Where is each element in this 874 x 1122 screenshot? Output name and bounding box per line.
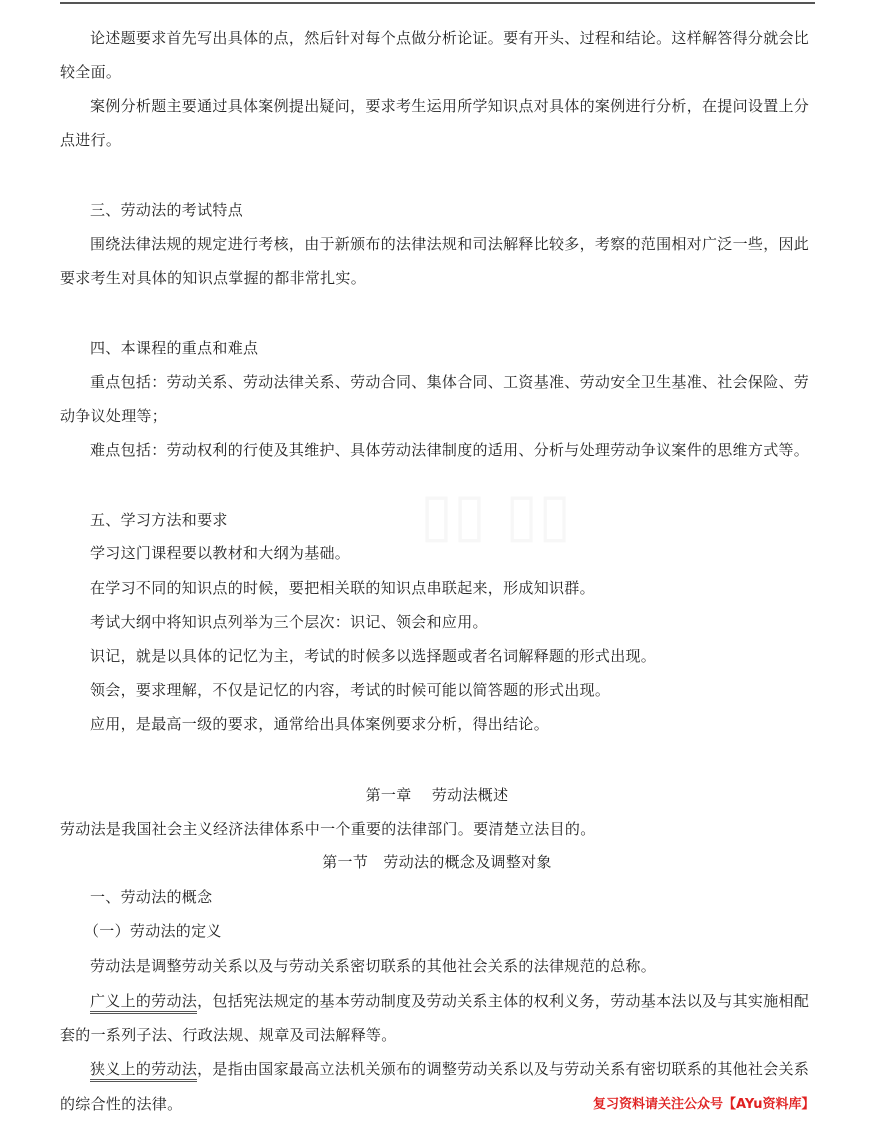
paragraph: 学习这门课程要以教材和大纲为基础。 <box>90 543 850 563</box>
paragraph: 动争议处理等； <box>60 406 820 426</box>
paragraph: 识记，就是以具体的记忆为主，考试的时候多以选择题或者名词解释题的形式出现。 <box>90 646 850 666</box>
narrow-term-underlined: 狭义上的劳动法 <box>90 1060 197 1082</box>
footer-promo-note: 复习资料请关注公众号【AYu资料库】 <box>593 1093 815 1112</box>
section-heading: 五、学习方法和要求 <box>90 510 850 530</box>
paragraph: 领会，要求理解，不仅是记忆的内容，考试的时候可能以简答题的形式出现。 <box>90 680 850 700</box>
paragraph: 较全面。 <box>60 62 820 82</box>
paragraph: 围绕法律法规的规定进行考核，由于新颁布的法律法规和司法解释比较多，考察的范围相对… <box>90 234 850 254</box>
broad-term-underlined: 广义上的劳动法 <box>90 992 197 1014</box>
paragraph: 考试大纲中将知识点列举为三个层次：识记、领会和应用。 <box>90 612 850 632</box>
paragraph: 套的一系列子法、行政法规、规章及司法解释等。 <box>60 1025 820 1045</box>
definition-paragraph: 劳动法是调整劳动关系以及与劳动关系密切联系的其他社会关系的法律规范的总称。 <box>90 956 850 976</box>
broad-definition-line: 广义上的劳动法，包括宪法规定的基本劳动制度及劳动关系主体的权利义务，劳动基本法以… <box>90 991 850 1011</box>
subheading-concept: 一、劳动法的概念 <box>90 887 850 907</box>
paragraph: 难点包括：劳动权利的行使及其维护、具体劳动法律制度的适用、分析与处理劳动争议案件… <box>90 440 850 460</box>
paragraph: 在学习不同的知识点的时候，要把相关联的知识点串联起来，形成知识群。 <box>90 578 850 598</box>
section-heading: 三、劳动法的考试特点 <box>90 200 850 220</box>
top-rule <box>60 2 815 4</box>
chapter-title: 第一章 劳动法概述 <box>0 785 874 805</box>
paragraph: 点进行。 <box>60 130 820 150</box>
chapter-intro: 劳动法是我国社会主义经济法律体系中一个重要的法律部门。要清楚立法目的。 <box>60 819 820 839</box>
paragraph: 案例分析题主要通过具体案例提出疑问，要求考生运用所学知识点对具体的案例进行分析，… <box>90 96 850 116</box>
section-heading: 四、本课程的重点和难点 <box>90 338 850 358</box>
narrow-text: ，是指由国家最高立法机关颁布的调整劳动关系以及与劳动关系有密切联系的其他社会关系 <box>197 1060 809 1078</box>
broad-text: ，包括宪法规定的基本劳动制度及劳动关系主体的权利义务，劳动基本法以及与其实施相配 <box>197 992 809 1010</box>
paragraph: 论述题要求首先写出具体的点，然后针对每个点做分析论证。要有开头、过程和结论。这样… <box>90 28 850 48</box>
subheading-definition: （一）劳动法的定义 <box>84 921 844 941</box>
section-title: 第一节 劳动法的概念及调整对象 <box>0 852 874 872</box>
paragraph: 要求考生对具体的知识点掌握的都非常扎实。 <box>60 268 820 288</box>
paragraph: 重点包括：劳动关系、劳动法律关系、劳动合同、集体合同、工资基准、劳动安全卫生基准… <box>90 372 850 392</box>
narrow-definition-line: 狭义上的劳动法，是指由国家最高立法机关颁布的调整劳动关系以及与劳动关系有密切联系… <box>90 1059 850 1079</box>
paragraph: 应用，是最高一级的要求，通常给出具体案例要求分析，得出结论。 <box>90 714 850 734</box>
